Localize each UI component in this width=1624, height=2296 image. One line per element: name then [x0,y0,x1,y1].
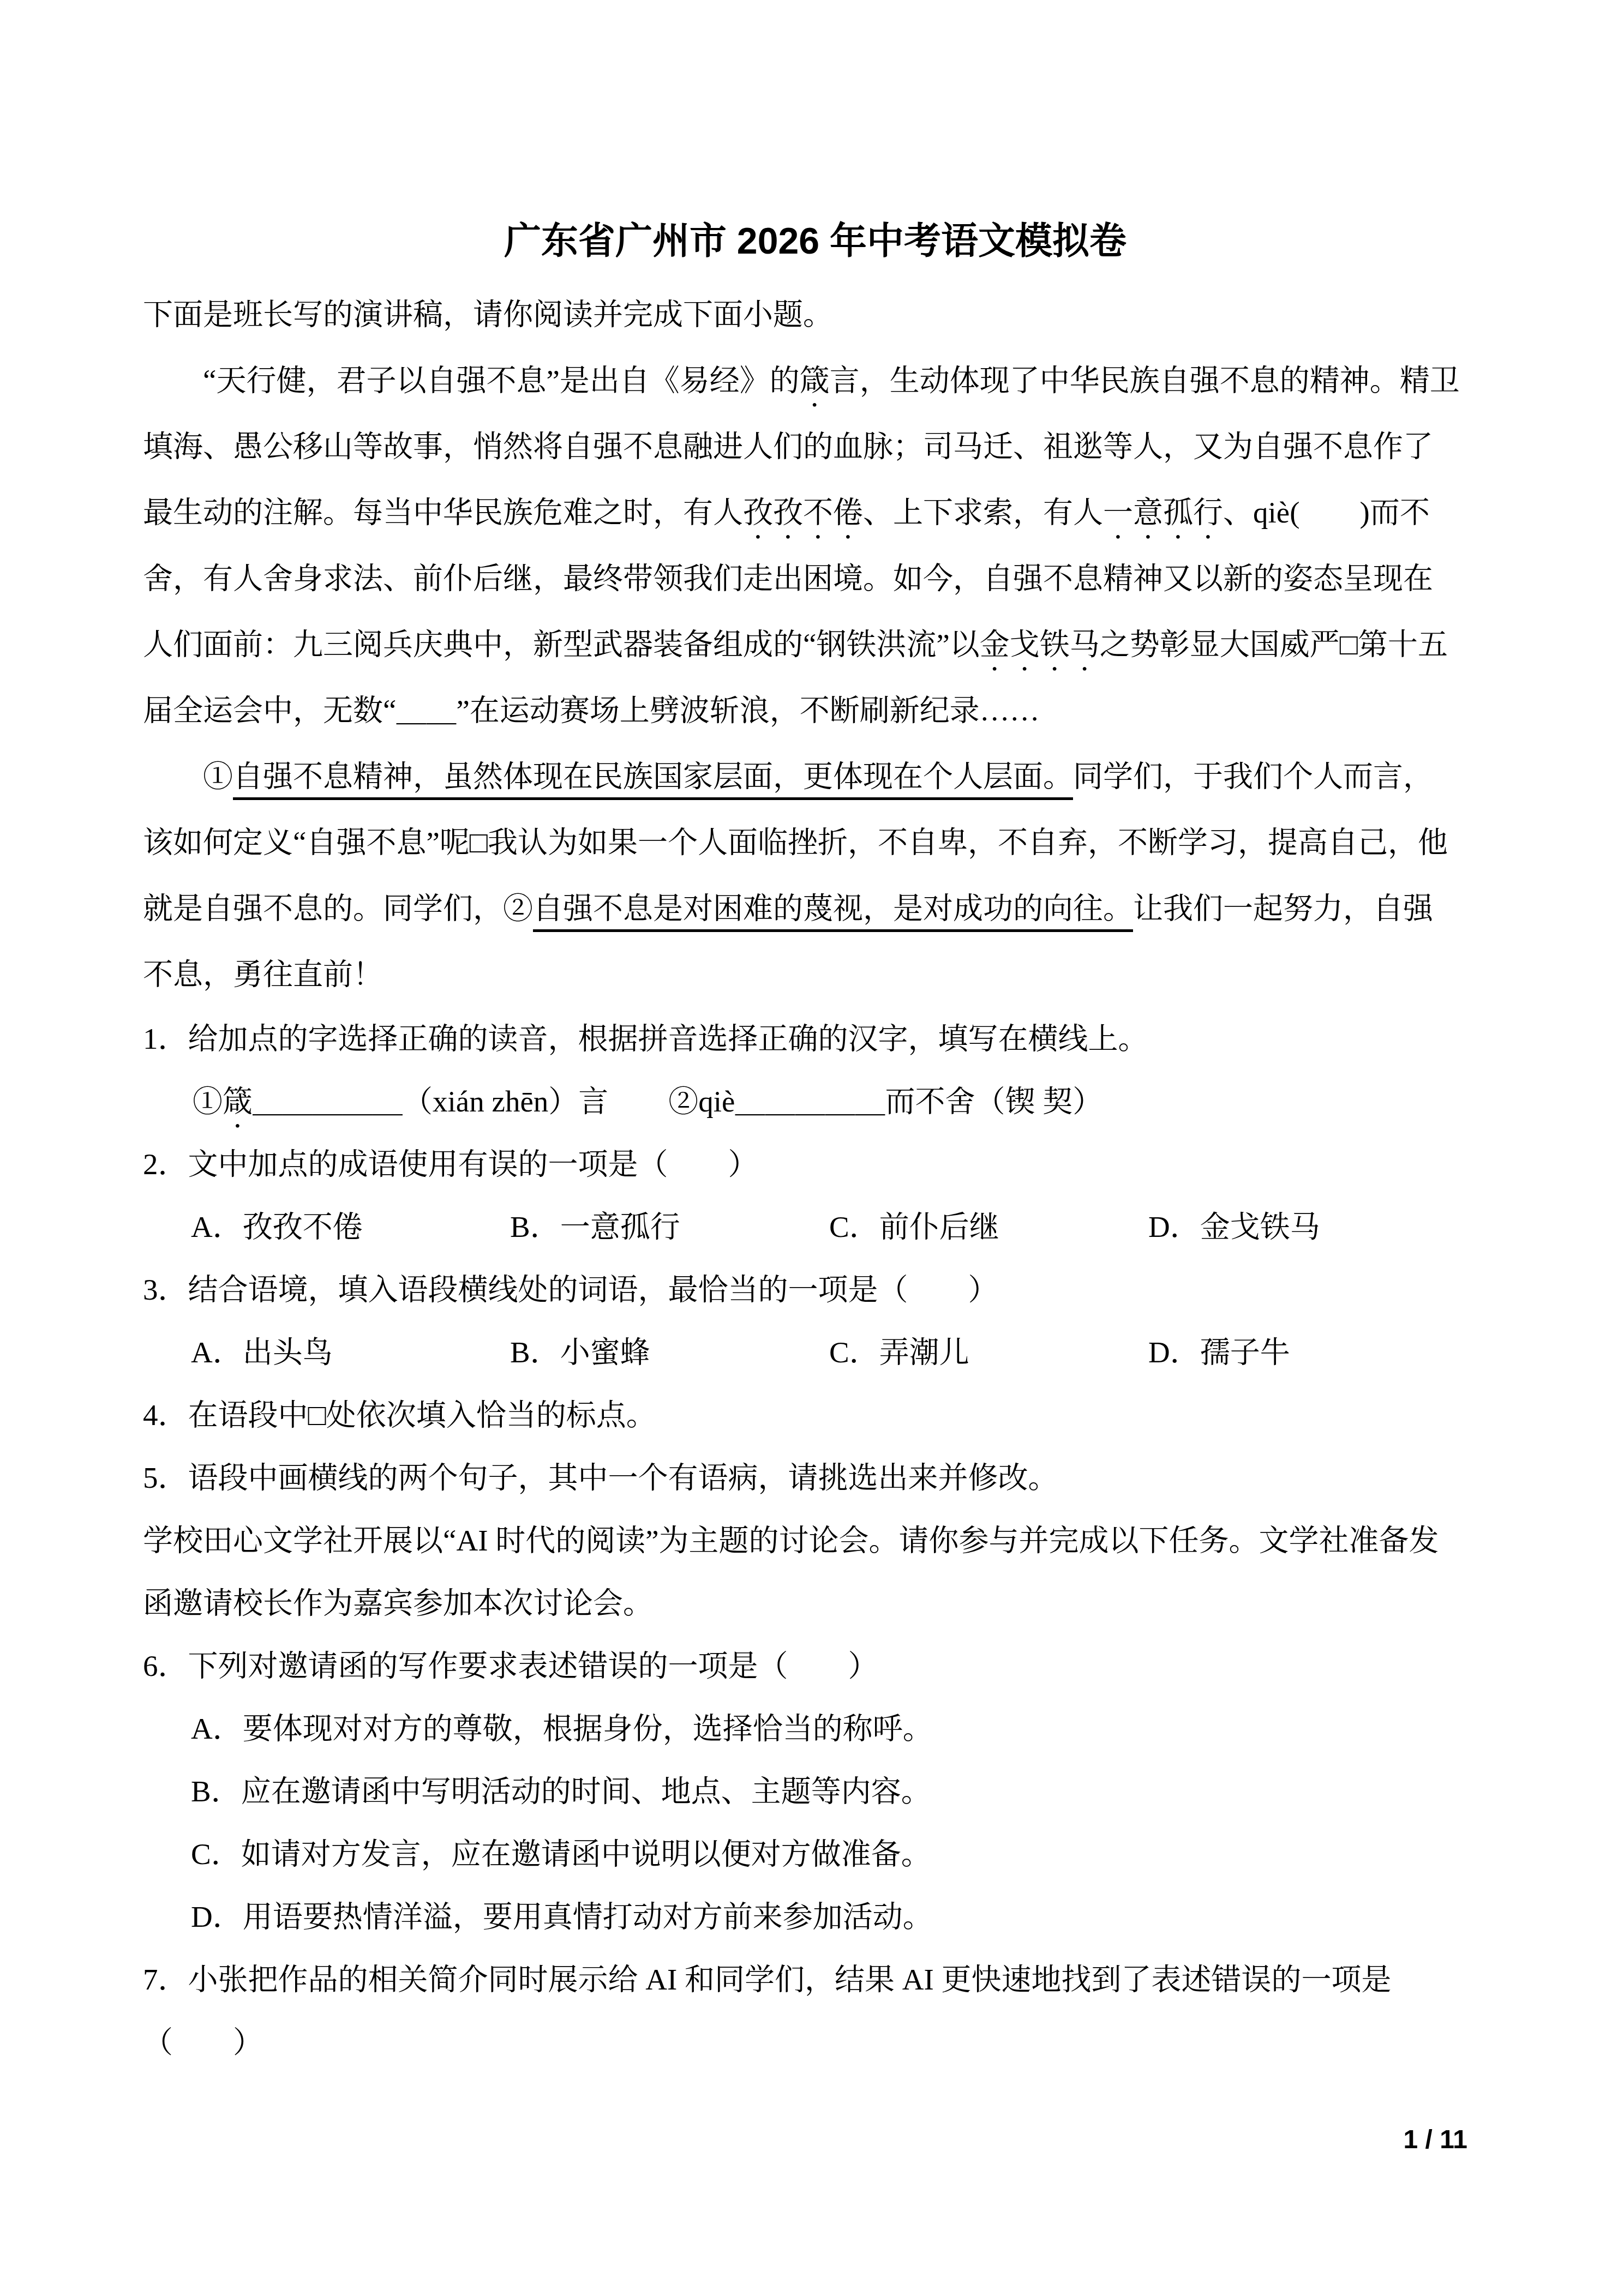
text-segment: ＿＿＿＿＿（xián zhēn）言 ②qiè＿＿＿＿＿而不舍（锲 契） [253,1085,1102,1118]
emphasized-text: 一意孤行 [1103,496,1223,529]
text-segment: 5．语段中画横线的两个句子，其中一个有语病，请挑选出来并修改。 [143,1461,1058,1494]
question-6-option-a: A．要体现对对方的尊敬，根据身份，选择恰当的称呼。 [143,1697,1488,1760]
text-segment: 下面是班长写的演讲稿，请你阅读并完成下面小题。 [143,298,833,331]
text-segment: 言，生动体现了中华民族自强不息的精神。精卫 [830,364,1460,397]
question-1-items: ①箴＿＿＿＿＿（xián zhēn）言 ②qiè＿＿＿＿＿而不舍（锲 契） [143,1070,1488,1133]
passage-line-6: 届全运会中，无数“＿＿”在运动赛场上劈波斩浪，不断刷新纪录…… [143,677,1488,743]
document-page: 广东省广州市 2026 年中考语文模拟卷 下面是班长写的演讲稿，请你阅读并完成下… [0,0,1624,2296]
passage-line-1: “天行健，君子以自强不息”是出自《易经》的箴言，生动体现了中华民族自强不息的精神… [143,347,1488,413]
question-1: 1．给加点的字选择正确的读音，根据拼音选择正确的汉字，填写在横线上。 [143,1007,1488,1070]
passage-line-8: 该如何定义“自强不息”呢□我认为如果一个人面临挫折，不自卑，不自弃，不断学习，提… [143,809,1488,875]
text-segment: 让我们一起努力，自强 [1133,892,1433,925]
passage-line-7: ①自强不息精神，虽然体现在民族国家层面，更体现在个人层面。同学们，于我们个人而言… [143,743,1488,809]
text-segment: ① [143,760,233,793]
text-segment: “天行健，君子以自强不息”是出自《易经》的 [143,364,800,397]
passage-2-line-2: 函邀请校长作为嘉宾参加本次讨论会。 [143,1572,1488,1634]
page-number: 1 / 11 [1404,2125,1467,2155]
text-segment: 4．在语段中□处依次填入恰当的标点。 [143,1398,656,1432]
text-segment: （ ） [143,2025,263,2059]
passage-2-line-1: 学校田心文学社开展以“AI 时代的阅读”为主题的讨论会。请你参与并完成以下任务。… [143,1509,1488,1572]
question-6-option-c: C．如请对方发言，应在邀请函中说明以便对方做准备。 [143,1823,1488,1885]
option-item: B．一意孤行 [510,1195,829,1258]
text-segment: 学校田心文学社开展以“AI 时代的阅读”为主题的讨论会。请你参与并完成以下任务。… [143,1524,1439,1557]
text-segment: 函邀请校长作为嘉宾参加本次讨论会。 [143,1586,653,1620]
text-segment: 同学们，于我们个人而言， [1073,760,1433,793]
text-segment: D．用语要热情洋溢，要用真情打动对方前来参加活动。 [191,1900,933,1933]
passage-line-5: 人们面前：九三阅兵庆典中，新型武器装备组成的“钢铁洪流”以金戈铁马之势彰显大国威… [143,611,1488,677]
passage-line-4: 舍，有人舍身求法、前仆后继，最终带领我们走出困境。如今，自强不息精神又以新的姿态… [143,545,1488,611]
passage-line-2: 填海、愚公移山等故事，悄然将自强不息融进人们的血脉；司马迁、祖逖等人，又为自强不… [143,413,1488,479]
text-segment: 该如何定义“自强不息”呢□我认为如果一个人面临挫折，不自卑，不自弃，不断学习，提… [143,826,1448,859]
text-segment: 、上下求索，有人 [863,496,1103,529]
option-item: D．孺子牛 [1148,1321,1290,1384]
text-segment: 不息，勇往直前！ [143,958,383,991]
question-6-option-b: B．应在邀请函中写明活动的时间、地点、主题等内容。 [143,1760,1488,1823]
text-segment: ① [193,1085,223,1118]
option-item: A．出头鸟 [191,1321,510,1384]
question-7: 7．小张把作品的相关简介同时展示给 AI 和同学们，结果 AI 更快速地找到了表… [143,1948,1488,2011]
option-item: A．孜孜不倦 [191,1195,510,1258]
option-item: C．弄潮儿 [829,1321,1148,1384]
question-5: 5．语段中画横线的两个句子，其中一个有语病，请挑选出来并修改。 [143,1446,1488,1509]
question-2-options: A．孜孜不倦B．一意孤行C．前仆后继D．金戈铁马 [143,1195,1488,1258]
question-2: 2．文中加点的成语使用有误的一项是（ ） [143,1133,1488,1195]
option-item: C．前仆后继 [829,1195,1148,1258]
question-4: 4．在语段中□处依次填入恰当的标点。 [143,1384,1488,1446]
emphasized-text: 箴 [223,1085,253,1118]
text-segment: 1．给加点的字选择正确的读音，根据拼音选择正确的汉字，填写在横线上。 [143,1022,1148,1055]
text-segment: 最生动的注解。每当中华民族危难之时，有人 [143,496,743,529]
question-3: 3．结合语境，填入语段横线处的词语，最恰当的一项是（ ） [143,1258,1488,1321]
passage-intro: 下面是班长写的演讲稿，请你阅读并完成下面小题。 [143,281,1488,347]
text-segment: 之势彰显大国威严□第十五 [1100,628,1448,661]
passage-line-10: 不息，勇往直前！ [143,941,1488,1007]
option-item: D．金戈铁马 [1148,1195,1320,1258]
emphasized-text: 箴 [800,364,830,397]
underlined-text: 自强不息精神，虽然体现在民族国家层面，更体现在个人层面。 [233,760,1073,800]
exam-content: 下面是班长写的演讲稿，请你阅读并完成下面小题。 “天行健，君子以自强不息”是出自… [143,281,1488,2073]
text-segment: 2．文中加点的成语使用有误的一项是（ ） [143,1147,758,1181]
question-7-cont: （ ） [143,2011,1488,2073]
question-6-option-d: D．用语要热情洋溢，要用真情打动对方前来参加活动。 [143,1885,1488,1948]
question-3-options: A．出头鸟B．小蜜蜂C．弄潮儿D．孺子牛 [143,1321,1488,1384]
text-segment: 6．下列对邀请函的写作要求表述错误的一项是（ ） [143,1649,878,1682]
text-segment: 、qiè( )而不 [1223,496,1430,529]
text-segment: 就是自强不息的。同学们，② [143,892,533,925]
text-segment: B．应在邀请函中写明活动的时间、地点、主题等内容。 [191,1775,931,1808]
emphasized-text: 金戈铁马 [980,628,1100,661]
question-6: 6．下列对邀请函的写作要求表述错误的一项是（ ） [143,1634,1488,1697]
text-segment: 7．小张把作品的相关简介同时展示给 AI 和同学们，结果 AI 更快速地找到了表… [143,1963,1392,1996]
option-item: B．小蜜蜂 [510,1321,829,1384]
text-segment: 人们面前：九三阅兵庆典中，新型武器装备组成的“钢铁洪流”以 [143,628,980,661]
text-segment: 届全运会中，无数“＿＿”在运动赛场上劈波斩浪，不断刷新纪录…… [143,694,1040,727]
text-segment: 填海、愚公移山等故事，悄然将自强不息融进人们的血脉；司马迁、祖逖等人，又为自强不… [143,430,1433,463]
passage-line-3: 最生动的注解。每当中华民族危难之时，有人孜孜不倦、上下求索，有人一意孤行、qiè… [143,479,1488,545]
page-title: 广东省广州市 2026 年中考语文模拟卷 [143,215,1488,267]
text-segment: A．要体现对对方的尊敬，根据身份，选择恰当的称呼。 [191,1712,933,1745]
text-segment: 舍，有人舍身求法、前仆后继，最终带领我们走出困境。如今，自强不息精神又以新的姿态… [143,562,1433,595]
emphasized-text: 孜孜不倦 [743,496,863,529]
underlined-text: 自强不息是对困难的蔑视，是对成功的向往。 [533,892,1133,932]
text-segment: 3．结合语境，填入语段横线处的词语，最恰当的一项是（ ） [143,1273,998,1306]
passage-line-9: 就是自强不息的。同学们，②自强不息是对困难的蔑视，是对成功的向往。让我们一起努力… [143,875,1488,941]
text-segment: C．如请对方发言，应在邀请函中说明以便对方做准备。 [191,1837,931,1871]
